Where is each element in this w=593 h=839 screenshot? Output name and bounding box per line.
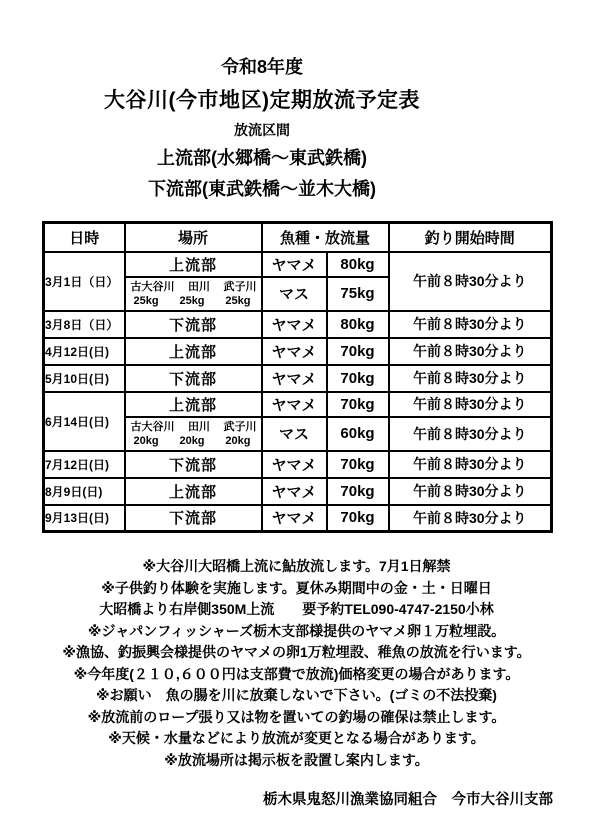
note-line: ※天候・水量などにより放流が変更となる場合があります。 <box>0 728 593 750</box>
fish-cell: マス <box>262 417 327 451</box>
date-cell: 3月8日（日） <box>44 311 125 338</box>
date-cell: 6月14日(日) <box>44 392 125 451</box>
table-row: 5月10日(日) 下流部 ヤマメ 70kg 午前８時30分より <box>44 365 552 392</box>
table-row: 8月9日(日) 上流部 ヤマメ 70kg 午前８時30分より <box>44 478 552 505</box>
tributary-weights: 25kg 25kg 25kg <box>126 294 261 309</box>
place-cell: 下流部 <box>125 365 262 392</box>
start-time-cell: 午前８時30分より <box>389 505 552 532</box>
table-row: 7月12日(日) 下流部 ヤマメ 70kg 午前８時30分より <box>44 451 552 478</box>
tributary-weight: 25kg <box>225 294 250 308</box>
release-schedule-table: 日時 場所 魚種・放流量 釣り開始時間 3月1日（日） 上流部 ヤマメ 80kg… <box>42 221 553 533</box>
tributary-weight: 20kg <box>179 434 204 448</box>
amount-cell: 70kg <box>327 451 389 478</box>
release-section-label: 放流区間 <box>0 122 524 139</box>
note-line: ※今年度(２１０,６００円は支部費で放流)価格変更の場合があります。 <box>0 664 593 686</box>
date-cell: 3月1日（日） <box>44 252 125 311</box>
upper-section-range: 上流部(水郷橋〜東武鉄橋) <box>0 147 524 169</box>
place-cell: 上流部 <box>125 338 262 365</box>
place-cell: 上流部 <box>125 252 262 277</box>
col-header-place: 場所 <box>125 223 262 252</box>
fish-cell: ヤマメ <box>262 252 327 277</box>
tributary-detail-cell: 古大谷川 田川 武子川 25kg 25kg 25kg <box>125 277 262 311</box>
fish-cell: ヤマメ <box>262 478 327 505</box>
amount-cell: 80kg <box>327 252 389 277</box>
table-row: 3月1日（日） 上流部 ヤマメ 80kg 午前８時30分より <box>44 252 552 277</box>
amount-cell: 75kg <box>327 277 389 311</box>
amount-cell: 70kg <box>327 338 389 365</box>
date-cell: 5月10日(日) <box>44 365 125 392</box>
start-time-cell: 午前８時30分より <box>389 478 552 505</box>
note-line: 大昭橋より右岸側350M上流 要予約TEL090-4747-2150小林 <box>0 599 593 621</box>
table-row: 4月12日(日) 上流部 ヤマメ 70kg 午前８時30分より <box>44 338 552 365</box>
note-line: ※放流場所は掲示板を設置し案内します。 <box>0 750 593 772</box>
tributary-names: 古大谷川 田川 武子川 <box>126 419 261 434</box>
fish-cell: ヤマメ <box>262 392 327 417</box>
document-title: 大谷川(今市地区)定期放流予定表 <box>0 88 524 113</box>
note-line: ※子供釣り体験を実施します。夏休み期間中の金・土・日曜日 <box>0 578 593 600</box>
start-time-cell: 午前８時30分より <box>389 451 552 478</box>
fish-cell: ヤマメ <box>262 311 327 338</box>
fish-cell: ヤマメ <box>262 505 327 532</box>
tributary-weight: 25kg <box>179 294 204 308</box>
fish-cell: ヤマメ <box>262 365 327 392</box>
place-cell: 下流部 <box>125 311 262 338</box>
note-line: ※放流前のロープ張り又は物を置いての釣場の確保は禁止します。 <box>0 707 593 729</box>
notes-section: ※大谷川大昭橋上流に鮎放流します。7月1日解禁 ※子供釣り体験を実施します。夏休… <box>0 556 593 771</box>
document-header: 令和8年度 大谷川(今市地区)定期放流予定表 放流区間 上流部(水郷橋〜東武鉄橋… <box>0 0 524 200</box>
tributary-weight: 25kg <box>134 294 159 308</box>
start-time-cell: 午前８時30分より <box>389 417 552 451</box>
tributary-name: 武子川 <box>224 420 257 434</box>
start-time-cell: 午前８時30分より <box>389 365 552 392</box>
col-header-fish-amount: 魚種・放流量 <box>262 223 389 252</box>
tributary-weight: 20kg <box>134 434 159 448</box>
tributary-name: 田川 <box>188 420 210 434</box>
amount-cell: 60kg <box>327 417 389 451</box>
amount-cell: 70kg <box>327 478 389 505</box>
amount-cell: 70kg <box>327 392 389 417</box>
tributary-detail-cell: 古大谷川 田川 武子川 20kg 20kg 20kg <box>125 417 262 451</box>
note-line: ※お願い 魚の腸を川に放棄しないで下さい。(ゴミの不法投棄) <box>0 685 593 707</box>
date-cell: 8月9日(日) <box>44 478 125 505</box>
start-time-cell: 午前８時30分より <box>389 252 552 311</box>
note-line: ※ジャパンフィッシャーズ栃木支部様提供のヤマメ卵１万粒埋設。 <box>0 621 593 643</box>
tributary-name: 古大谷川 <box>131 420 175 434</box>
start-time-cell: 午前８時30分より <box>389 338 552 365</box>
table-row: 6月14日(日) 上流部 ヤマメ 70kg 午前８時30分より <box>44 392 552 417</box>
table-row: 3月8日（日） 下流部 ヤマメ 80kg 午前８時30分より <box>44 311 552 338</box>
fish-cell: ヤマメ <box>262 338 327 365</box>
tributary-name: 古大谷川 <box>131 280 175 294</box>
col-header-start-time: 釣り開始時間 <box>389 223 552 252</box>
tributary-weight: 20kg <box>225 434 250 448</box>
place-cell: 上流部 <box>125 392 262 417</box>
tributary-name: 武子川 <box>224 280 257 294</box>
amount-cell: 70kg <box>327 365 389 392</box>
fiscal-year: 令和8年度 <box>0 56 524 78</box>
place-cell: 下流部 <box>125 505 262 532</box>
place-cell: 上流部 <box>125 478 262 505</box>
tributary-weights: 20kg 20kg 20kg <box>126 434 261 449</box>
note-line: ※大谷川大昭橋上流に鮎放流します。7月1日解禁 <box>0 556 593 578</box>
organization-footer: 栃木県鬼怒川漁業協同組合 今市大谷川支部 <box>0 788 593 809</box>
fish-cell: マス <box>262 277 327 311</box>
place-cell: 下流部 <box>125 451 262 478</box>
tributary-names: 古大谷川 田川 武子川 <box>126 279 261 294</box>
fish-cell: ヤマメ <box>262 451 327 478</box>
tributary-name: 田川 <box>188 280 210 294</box>
note-line: ※漁協、釣振興会様提供のヤマメの卵1万粒埋設、稚魚の放流を行います。 <box>0 642 593 664</box>
col-header-date: 日時 <box>44 223 125 252</box>
start-time-cell: 午前８時30分より <box>389 311 552 338</box>
document-page: 令和8年度 大谷川(今市地区)定期放流予定表 放流区間 上流部(水郷橋〜東武鉄橋… <box>0 0 593 839</box>
table-header-row: 日時 場所 魚種・放流量 釣り開始時間 <box>44 223 552 252</box>
lower-section-range: 下流部(東武鉄橋〜並木大橋) <box>0 178 524 200</box>
table-row: 9月13日(日) 下流部 ヤマメ 70kg 午前８時30分より <box>44 505 552 532</box>
amount-cell: 70kg <box>327 505 389 532</box>
amount-cell: 80kg <box>327 311 389 338</box>
date-cell: 4月12日(日) <box>44 338 125 365</box>
start-time-cell: 午前８時30分より <box>389 392 552 417</box>
date-cell: 9月13日(日) <box>44 505 125 532</box>
date-cell: 7月12日(日) <box>44 451 125 478</box>
